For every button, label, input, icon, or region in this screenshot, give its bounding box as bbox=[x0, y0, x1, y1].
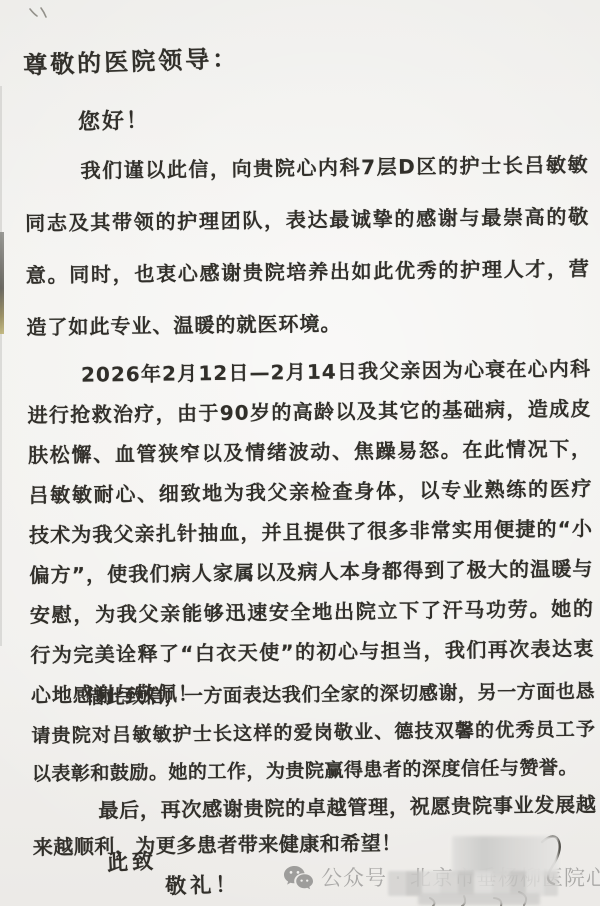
letter-photo: { "page": { "paper_color": "#f1f0ed", "i… bbox=[0, 0, 600, 906]
handwritten-letter: 尊敬的医院领导： 您好！ 我们谨以此信，向贵院心内科7层D区的护士长吕敏敏同志及… bbox=[0, 0, 600, 906]
letter-greeting: 您好！ bbox=[77, 103, 150, 136]
letter-closing: 此致 bbox=[106, 845, 157, 877]
letter-paragraph-1: 我们谨以此信，向贵院心内科7层D区的护士长吕敏敏同志及其带领的护理团队，表达最诚… bbox=[24, 138, 590, 353]
wechat-icon bbox=[283, 865, 314, 890]
letter-paragraph-2: 2026年2月12日—2月14日我父亲因为心衰在心内科进行抢救治疗，由于90岁的… bbox=[27, 348, 595, 715]
letter-salute: 敬礼！ bbox=[165, 868, 241, 900]
redaction-blur-top bbox=[452, 836, 558, 876]
redaction-blur-bottom bbox=[418, 893, 540, 905]
letter-paragraph-3: 借此致信，一方面表达我们全家的深切感谢，另一方面也恳请贵院对吕敏敏护士长这样的爱… bbox=[31, 672, 596, 793]
letter-salutation: 尊敬的医院领导： bbox=[23, 38, 240, 80]
